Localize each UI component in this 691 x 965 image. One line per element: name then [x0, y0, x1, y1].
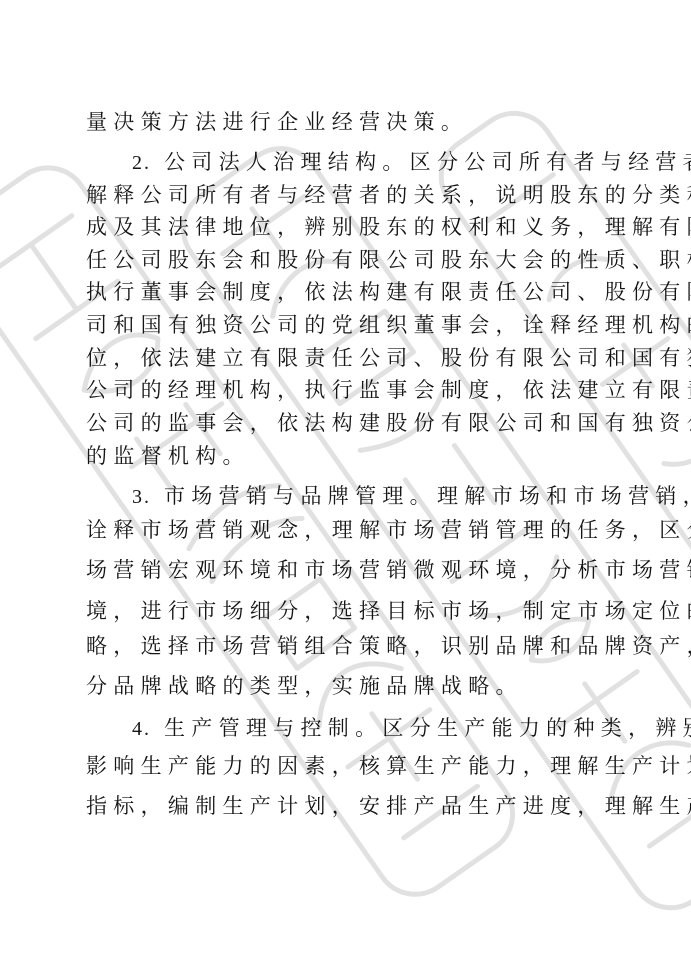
section-heading-line: 2. 公司法人治理结构。区分公司所有者与经营者， — [132, 148, 691, 176]
line-text: 生产管理与控制。区分生产能力的种类，辨别 — [164, 716, 691, 740]
text-line: 影响生产能力的因素，核算生产能力，理解生产计划的 — [86, 752, 691, 780]
text-line: 公司的经理机构，执行监事会制度，依法建立有限责任 — [86, 376, 691, 404]
line-text: 位，依法建立有限责任公司、股份有限公司和国有独资 — [86, 346, 691, 370]
section-heading-line: 3. 市场营销与品牌管理。理解市场和市场营销， — [132, 482, 691, 510]
line-text: 解释公司所有者与经营者的关系，说明股东的分类和构 — [86, 183, 691, 207]
text-line: 量决策方法进行企业经营决策。 — [86, 108, 468, 136]
line-text: 成及其法律地位，辨别股东的权利和义务，理解有限责 — [86, 215, 691, 239]
line-text: 公司法人治理结构。区分公司所有者与经营者， — [164, 150, 691, 174]
text-line: 解释公司所有者与经营者的关系，说明股东的分类和构 — [86, 181, 691, 209]
text-line: 指标，编制生产计划，安排产品生产进度，理解生产作 — [86, 792, 691, 820]
document-page: 量决策方法进行企业经营决策。 2. 公司法人治理结构。区分公司所有者与经营者， … — [0, 0, 691, 965]
line-text: 影响生产能力的因素，核算生产能力，理解生产计划的 — [86, 754, 691, 778]
line-text: 分品牌战略的类型，实施品牌战略。 — [86, 674, 523, 698]
text-line: 诠释市场营销观念，理解市场营销管理的任务，区分市 — [86, 516, 691, 544]
text-line: 略，选择市场营销组合策略，识别品牌和品牌资产，区 — [86, 632, 691, 660]
text-line: 公司的监事会，依法构建股份有限公司和国有独资公司 — [86, 409, 691, 437]
text-line: 分品牌战略的类型，实施品牌战略。 — [86, 672, 523, 700]
line-text: 司和国有独资公司的党组织董事会，诠释经理机构的地 — [86, 313, 691, 337]
text-line: 境，进行市场细分，选择目标市场，制定市场定位的策 — [86, 597, 691, 625]
line-text: 公司的监事会，依法构建股份有限公司和国有独资公司 — [86, 411, 691, 435]
line-text: 略，选择市场营销组合策略，识别品牌和品牌资产，区 — [86, 634, 691, 658]
section-heading-line: 4. 生产管理与控制。区分生产能力的种类，辨别 — [132, 714, 691, 742]
section-number: 3. — [132, 486, 151, 508]
line-text: 场营销宏观环境和市场营销微观环境，分析市场营销环 — [86, 558, 691, 582]
text-line: 执行董事会制度，依法构建有限责任公司、股份有限公 — [86, 278, 691, 306]
line-text: 的监督机构。 — [86, 444, 250, 468]
text-line: 成及其法律地位，辨别股东的权利和义务，理解有限责 — [86, 213, 691, 241]
line-text: 执行董事会制度，依法构建有限责任公司、股份有限公 — [86, 280, 691, 304]
line-text: 市场营销与品牌管理。理解市场和市场营销， — [164, 484, 691, 508]
line-text: 指标，编制生产计划，安排产品生产进度，理解生产作 — [86, 794, 691, 818]
text-line: 的监督机构。 — [86, 442, 250, 470]
line-text: 诠释市场营销观念，理解市场营销管理的任务，区分市 — [86, 518, 691, 542]
text-line: 任公司股东会和股份有限公司股东大会的性质、职权， — [86, 246, 691, 274]
text-line: 场营销宏观环境和市场营销微观环境，分析市场营销环 — [86, 556, 691, 584]
line-text: 量决策方法进行企业经营决策。 — [86, 110, 468, 134]
section-number: 2. — [132, 152, 151, 174]
text-line: 位，依法建立有限责任公司、股份有限公司和国有独资 — [86, 344, 691, 372]
text-line: 司和国有独资公司的党组织董事会，诠释经理机构的地 — [86, 311, 691, 339]
line-text: 境，进行市场细分，选择目标市场，制定市场定位的策 — [86, 599, 691, 623]
line-text: 公司的经理机构，执行监事会制度，依法建立有限责任 — [86, 378, 691, 402]
section-number: 4. — [132, 718, 151, 740]
line-text: 任公司股东会和股份有限公司股东大会的性质、职权， — [86, 248, 691, 272]
